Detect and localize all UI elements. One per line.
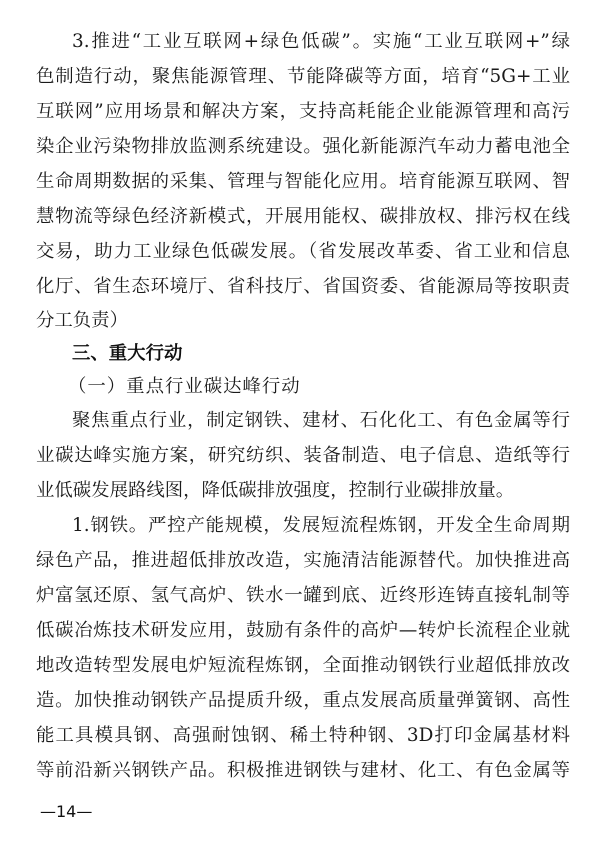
paragraph-line: 1.钢铁。严控产能规模，发展短流程炼钢，开发全生命周期 (72, 509, 570, 543)
paragraph-line: 业碳达峰实施方案，研究纺织、装备制造、电子信息、造纸等行 (36, 439, 570, 473)
paragraph-line: 慧物流等绿色经济新模式，开展用能权、碳排放权、排污权在线 (36, 200, 570, 234)
paragraph-line: 地改造转型发展电炉短流程炼钢，全面推动钢铁行业超低排放改 (36, 649, 570, 683)
page-number: —14— (40, 800, 92, 824)
subsection-heading: （一）重点行业碳达峰行动 (68, 370, 301, 404)
document-page: 3.推进“工业互联网+绿色低碳”。实施“工业互联网+”绿 色制造行动，聚焦能源管… (0, 0, 606, 846)
paragraph-line: 业低碳发展路线图，降低碳排放强度，控制行业碳排放量。 (36, 474, 570, 508)
paragraph-line: 炉富氢还原、氢气高炉、铁水一罐到底、近终形连铸直接轧制等 (36, 579, 570, 613)
paragraph-line: 能工具模具钢、高强耐蚀钢、稀土特种钢、3D打印金属基材料 (36, 719, 570, 753)
paragraph-line: 造。加快推动钢铁产品提质升级，重点发展高质量弹簧钢、高性 (36, 684, 570, 718)
paragraph-line: 交易，助力工业绿色低碳发展。（省发展改革委、省工业和信息 (36, 235, 570, 269)
paragraph-line: 染企业污染物排放监测系统建设。强化新能源汽车动力蓄电池全 (36, 130, 570, 164)
paragraph-line: 色制造行动，聚焦能源管理、节能降碳等方面，培育“5G+工业 (36, 60, 570, 94)
paragraph-line: 低碳冶炼技术研发应用，鼓励有条件的高炉—转炉长流程企业就 (36, 614, 570, 648)
paragraph-line: 3.推进“工业互联网+绿色低碳”。实施“工业互联网+”绿 (72, 25, 570, 59)
section-heading: 三、重大行动 (72, 337, 182, 371)
paragraph-line: 分工负责） (36, 304, 570, 338)
paragraph-line: 绿色产品，推进超低排放改造，实施清洁能源替代。加快推进高 (36, 544, 570, 578)
paragraph-line: 聚焦重点行业，制定钢铁、建材、石化化工、有色金属等行 (72, 404, 570, 438)
paragraph-line: 生命周期数据的采集、管理与智能化应用。培育能源互联网、智 (36, 165, 570, 199)
paragraph-line: 互联网”应用场景和解决方案，支持高耗能企业能源管理和高污 (36, 95, 570, 129)
paragraph-line: 化厅、省生态环境厅、省科技厅、省国资委、省能源局等按职责 (36, 270, 570, 304)
paragraph-line: 等前沿新兴钢铁产品。积极推进钢铁与建材、化工、有色金属等 (36, 754, 570, 788)
